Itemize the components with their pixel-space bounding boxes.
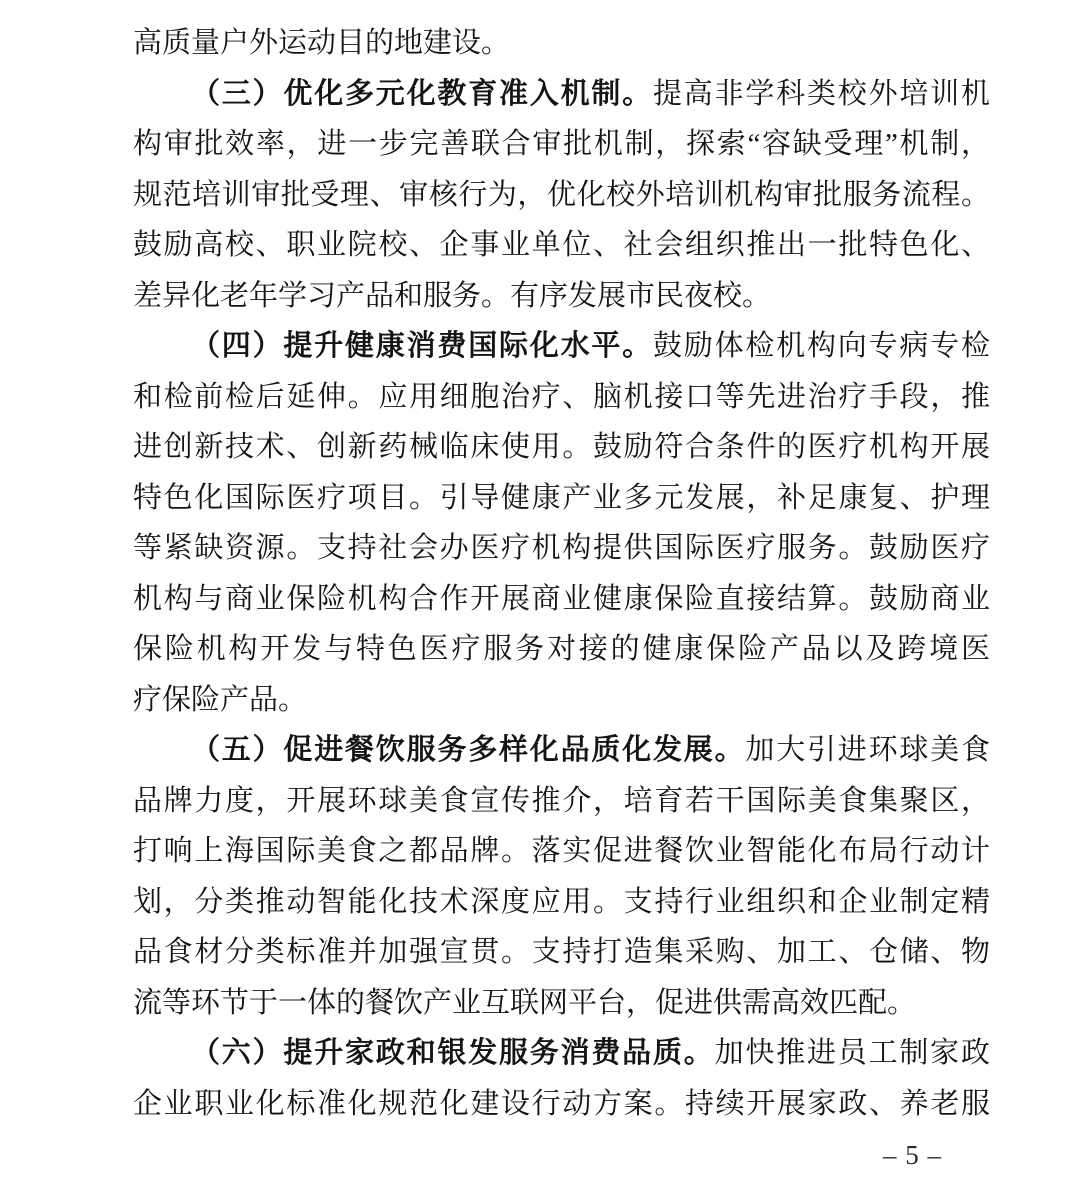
body-line: 疗保险产品。 — [133, 675, 990, 726]
body-line: 规范培训审批受理、审核行为，优化校外培训机构审批服务流程。 — [133, 170, 990, 221]
body-line: 进创新技术、创新药械临床使用。鼓励符合条件的医疗机构开展 — [133, 422, 990, 473]
body-line: 构审批效率，进一步完善联合审批机制，探索“容缺受理”机制， — [133, 119, 990, 170]
body-text: 特色化国际医疗项目。引导健康产业多元发展，补足康复、护理 — [133, 482, 990, 514]
body-text: 企业职业化标准化规范化建设行动方案。持续开展家政、养老服 — [133, 1088, 990, 1120]
body-line: 和检前检后延伸。应用细胞治疗、脑机接口等先进治疗手段，推 — [133, 372, 990, 423]
page-number: – 5 – — [883, 1140, 942, 1171]
paragraph-start-line: （三）优化多元化教育准入机制。提高非学科类校外培训机 — [133, 69, 990, 120]
body-text: 高质量户外运动目的地建设。 — [133, 27, 510, 59]
body-line: 机构与商业保险机构合作开展商业健康保险直接结算。鼓励商业 — [133, 574, 990, 625]
body-line: 差异化老年学习产品和服务。有序发展市民夜校。 — [133, 271, 990, 322]
body-text: 流等环节于一体的餐饮产业互联网平台，促进供需高效匹配。 — [133, 987, 916, 1019]
body-text: 打响上海国际美食之都品牌。落实促进餐饮业智能化布局行动计 — [133, 835, 990, 867]
paragraph-start-line: （四）提升健康消费国际化水平。鼓励体检机构向专病专检 — [133, 321, 990, 372]
section-heading-5: （五）促进餐饮服务多样化品质化发展。 — [191, 734, 745, 766]
paragraph-start-line: （五）促进餐饮服务多样化品质化发展。加大引进环球美食 — [133, 725, 990, 776]
body-line: 流等环节于一体的餐饮产业互联网平台，促进供需高效匹配。 — [133, 978, 990, 1029]
document-text-block: 高质量户外运动目的地建设。 （三）优化多元化教育准入机制。提高非学科类校外培训机… — [133, 18, 990, 1129]
section-heading-4: （四）提升健康消费国际化水平。 — [191, 330, 653, 362]
body-line: 特色化国际医疗项目。引导健康产业多元发展，补足康复、护理 — [133, 473, 990, 524]
body-text: 构审批效率，进一步完善联合审批机制，探索“容缺受理”机制， — [133, 128, 990, 160]
body-text: 机构与商业保险机构合作开展商业健康保险直接结算。鼓励商业 — [133, 583, 990, 615]
body-line: 品食材分类标准并加强宣贯。支持打造集采购、加工、仓储、物 — [133, 927, 990, 978]
body-line: 划，分类推动智能化技术深度应用。支持行业组织和企业制定精 — [133, 877, 990, 928]
body-text: 划，分类推动智能化技术深度应用。支持行业组织和企业制定精 — [133, 886, 990, 918]
body-text: 保险机构开发与特色医疗服务对接的健康保险产品以及跨境医 — [133, 633, 990, 665]
section-heading-3: （三）优化多元化教育准入机制。 — [191, 78, 653, 110]
body-line: 保险机构开发与特色医疗服务对接的健康保险产品以及跨境医 — [133, 624, 990, 675]
body-text: 规范培训审批受理、审核行为，优化校外培训机构审批服务流程。 — [133, 179, 990, 211]
body-text: 疗保险产品。 — [133, 684, 307, 716]
body-text: 品牌力度，开展环球美食宣传推介，培育若干国际美食集聚区， — [133, 785, 990, 817]
body-text: 鼓励体检机构向专病专检 — [653, 330, 990, 362]
body-text: 品食材分类标准并加强宣贯。支持打造集采购、加工、仓储、物 — [133, 936, 990, 968]
body-text: 加快推进员工制家政 — [715, 1037, 990, 1069]
body-text: 加大引进环球美食 — [745, 734, 990, 766]
paragraph-start-line: （六）提升家政和银发服务消费品质。加快推进员工制家政 — [133, 1028, 990, 1079]
body-line: 等紧缺资源。支持社会办医疗机构提供国际医疗服务。鼓励医疗 — [133, 523, 990, 574]
section-heading-6: （六）提升家政和银发服务消费品质。 — [191, 1037, 715, 1069]
document-page: 高质量户外运动目的地建设。 （三）优化多元化教育准入机制。提高非学科类校外培训机… — [0, 0, 1080, 1196]
body-text: 进创新技术、创新药械临床使用。鼓励符合条件的医疗机构开展 — [133, 431, 990, 463]
body-text: 和检前检后延伸。应用细胞治疗、脑机接口等先进治疗手段，推 — [133, 381, 990, 413]
body-line: 高质量户外运动目的地建设。 — [133, 18, 990, 69]
body-text: 提高非学科类校外培训机 — [653, 78, 990, 110]
body-line: 企业职业化标准化规范化建设行动方案。持续开展家政、养老服 — [133, 1079, 990, 1130]
body-text: 等紧缺资源。支持社会办医疗机构提供国际医疗服务。鼓励医疗 — [133, 532, 990, 564]
body-line: 鼓励高校、职业院校、企事业单位、社会组织推出一批特色化、 — [133, 220, 990, 271]
body-text: 鼓励高校、职业院校、企事业单位、社会组织推出一批特色化、 — [133, 229, 990, 261]
body-text: 差异化老年学习产品和服务。有序发展市民夜校。 — [133, 280, 771, 312]
body-line: 打响上海国际美食之都品牌。落实促进餐饮业智能化布局行动计 — [133, 826, 990, 877]
body-line: 品牌力度，开展环球美食宣传推介，培育若干国际美食集聚区， — [133, 776, 990, 827]
